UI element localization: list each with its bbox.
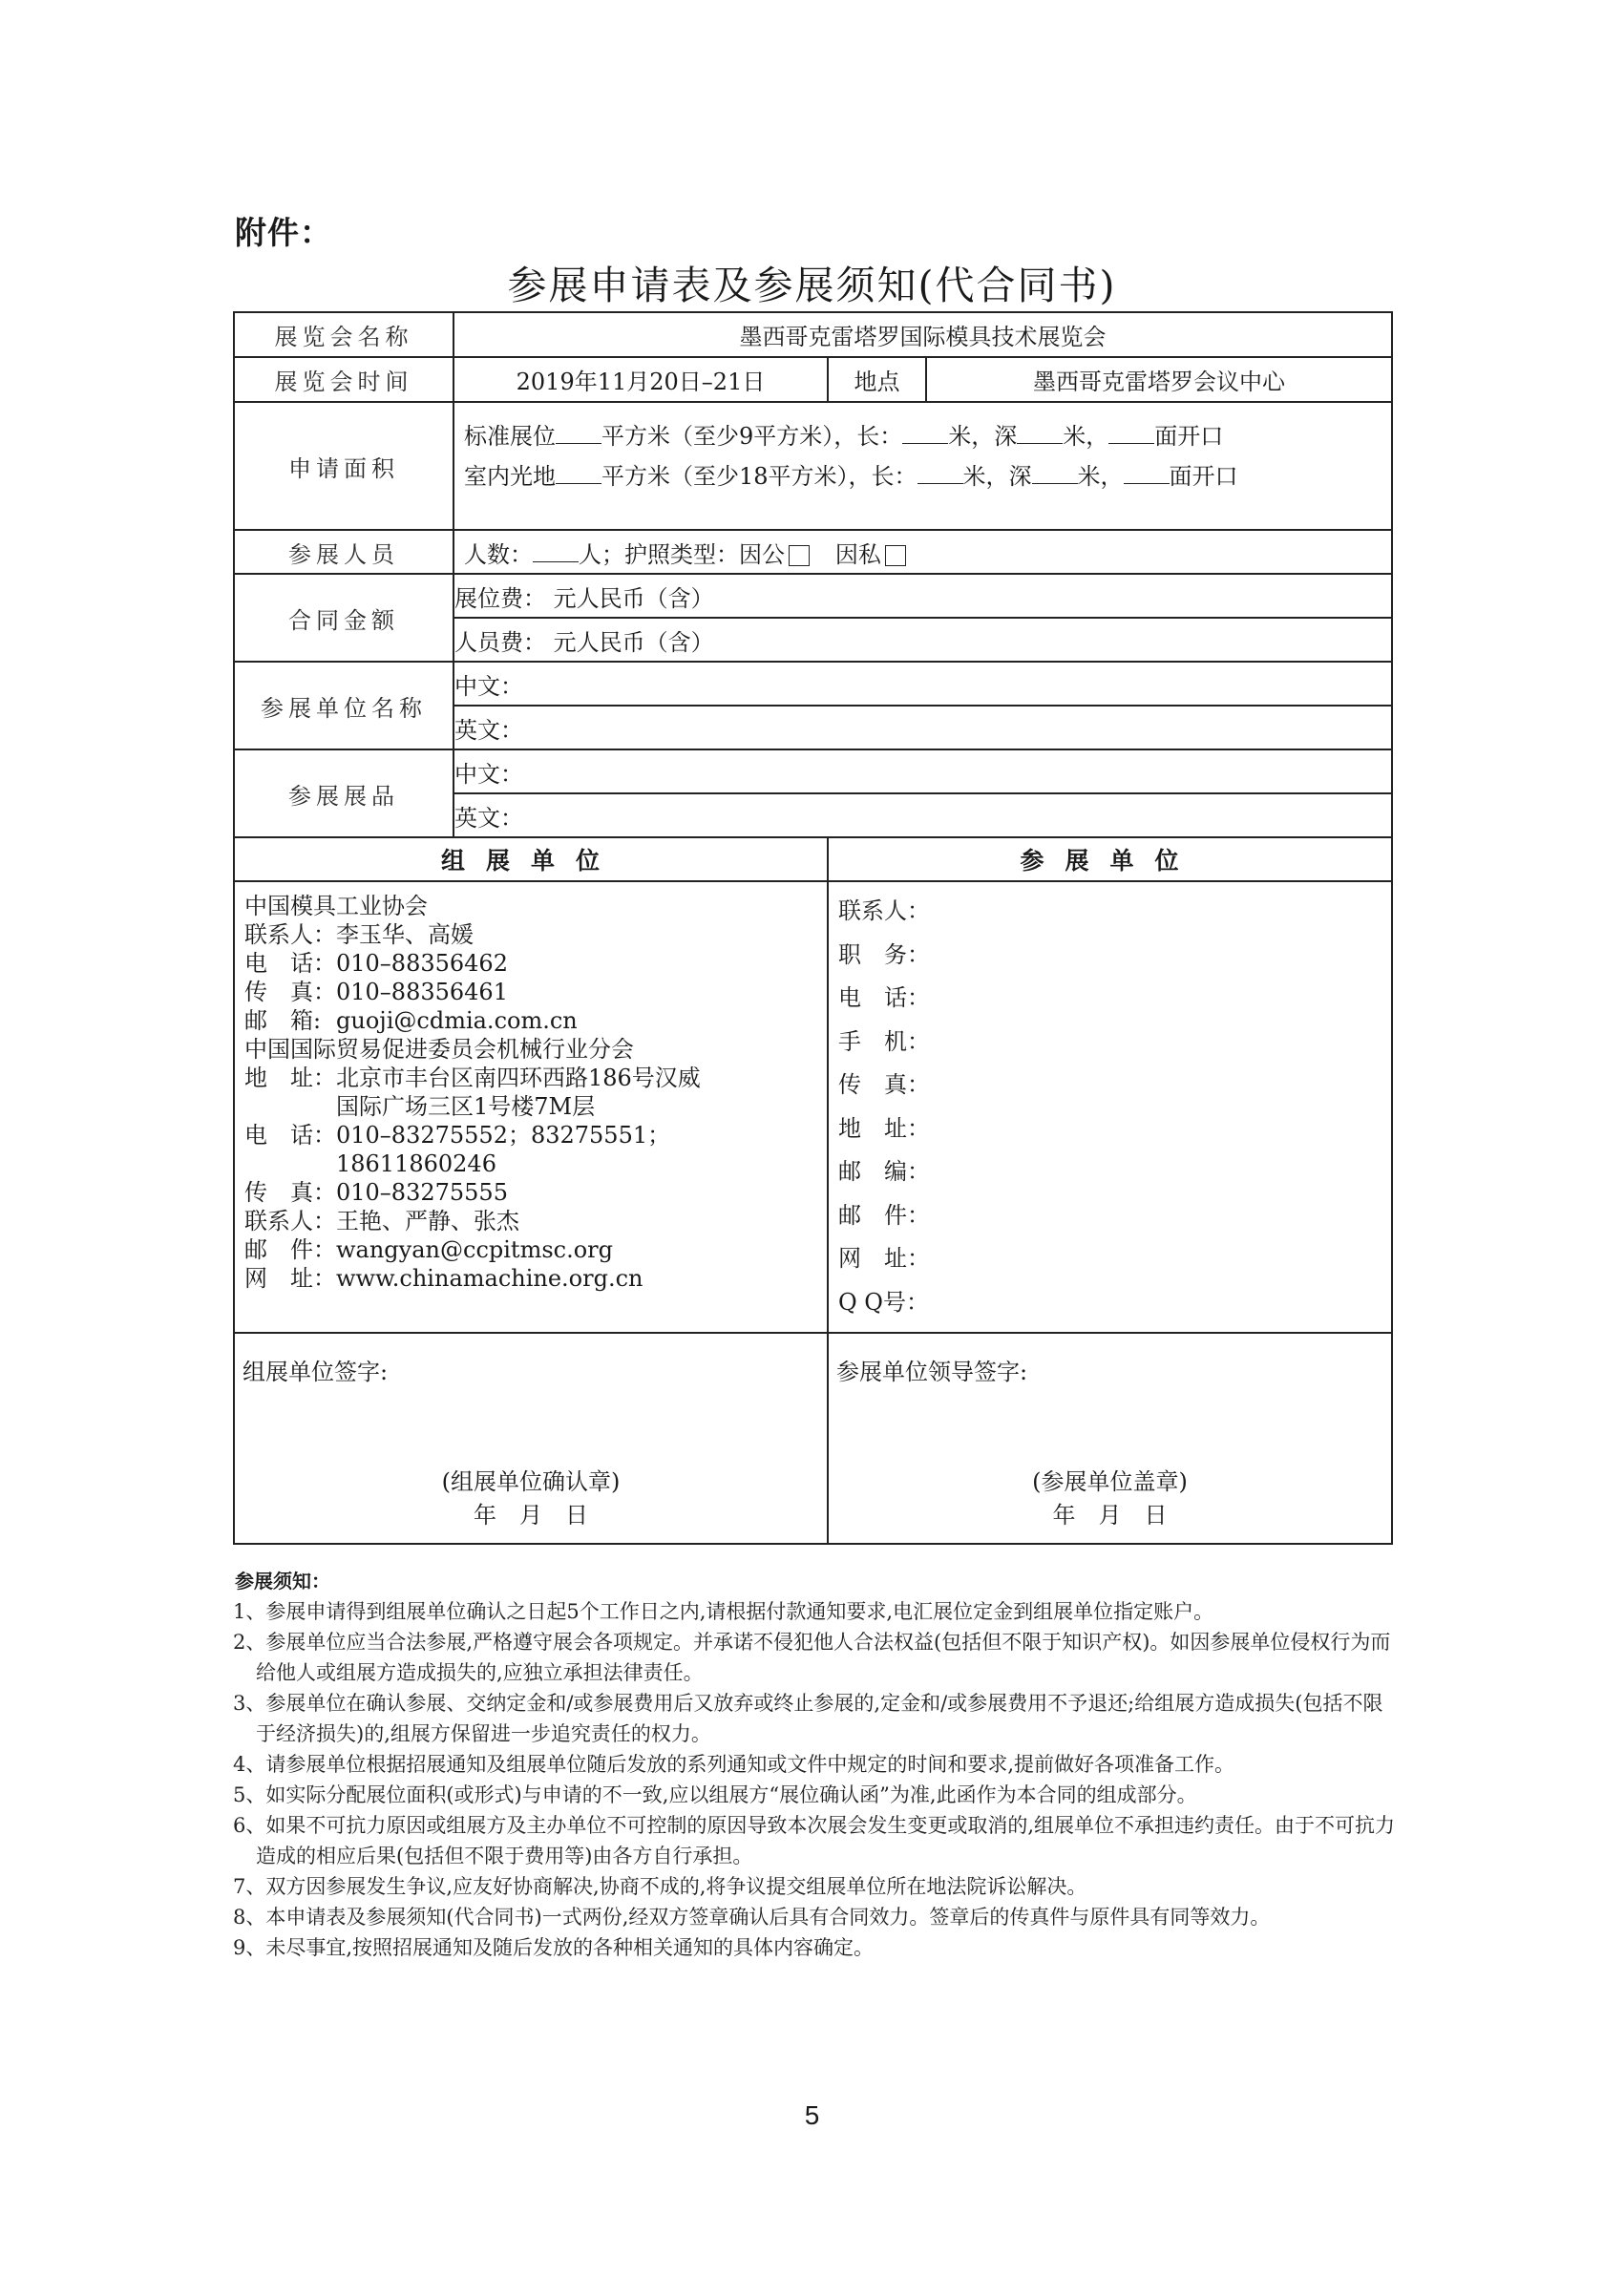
row-party-headers: 组展单位 参展单位 (234, 837, 1392, 881)
organizer-line: 网 址：www.chinamachine.org.cn (244, 1264, 817, 1293)
staff-label: 参展人员 (234, 530, 453, 574)
exhibitor-name-en-field[interactable]: 英文： (453, 706, 1392, 749)
field-value: 北京市丰台区南四环西路186号汉威 (336, 1065, 701, 1091)
row-signatures: 组展单位签字: (组展单位确认章) 年 月 日 参展单位领导签字: (参展单位盖… (234, 1333, 1392, 1544)
exhibitor-field-mobile[interactable]: 手 机： (838, 1021, 1381, 1065)
field-value: 010–88356461 (336, 979, 508, 1005)
row-area: 申请面积 标准展位平方米（至少9平方米），长：米，深米，面开口 室内光地平方米（… (234, 402, 1392, 530)
raw-depth-input[interactable] (1032, 462, 1078, 484)
raw-space-name: 室内光地 (464, 463, 556, 490)
standard-depth-input[interactable] (1017, 422, 1063, 444)
standard-area-input[interactable] (556, 422, 601, 444)
notice-title: 参展须知： (235, 1566, 330, 1593)
attachment-label: 附件： (235, 208, 332, 253)
contract-amount-label: 合同金额 (234, 574, 453, 662)
raw-open-sides-unit: 面开口 (1170, 463, 1238, 490)
exhibitor-name-cn-field[interactable]: 中文： (453, 662, 1392, 706)
field-key: 传 真： (244, 978, 336, 1006)
notice-item: 4、请参展单位根据招展通知及组展单位随后发放的系列通知或文件中规定的时间和要求,… (233, 1749, 1398, 1780)
passport-official-label: 人；护照类型：因公 (579, 541, 785, 568)
page-number: 5 (0, 2100, 1624, 2131)
field-value: 010–88356462 (336, 950, 508, 977)
organizer-date-label: 年 月 日 (235, 1496, 827, 1529)
raw-depth-unit: 米， (1078, 463, 1124, 490)
organizer-signature-label: 组展单位签字: (243, 1353, 388, 1386)
notice-item: 6、如果不可抗力原因或组展方及主办单位不可控制的原因导致本次展会发生变更或取消的… (233, 1810, 1398, 1871)
field-value: 18611860246 (336, 1150, 496, 1177)
field-key: 地 址： (244, 1064, 336, 1092)
organizer-email-link[interactable]: guoji@cdmia.com.cn (336, 1007, 578, 1034)
notice-item: 9、未尽事宜,按照招展通知及随后发放的各种相关通知的具体内容确定。 (233, 1932, 1398, 1963)
row-exhibits-cn: 参展展品 中文： (234, 749, 1392, 793)
raw-space-line: 室内光地平方米（至少18平方米），长：米，深米，面开口 (454, 456, 1391, 496)
exhibition-name-label: 展览会名称 (234, 312, 453, 357)
notice-item: 7、双方因参展发生争议,应友好协商解决,协商不成的,将争议提交组展单位所在地法院… (233, 1871, 1398, 1902)
organizer-line: 国际广场三区1号楼7M层 (244, 1092, 817, 1121)
organizer-line: 联系人：王艳、严静、张杰 (244, 1207, 817, 1235)
organizer-signature-cell[interactable]: 组展单位签字: (组展单位确认章) 年 月 日 (234, 1333, 828, 1544)
organizer-line: 电 话：010–83275552；83275551； (244, 1121, 817, 1150)
field-value: 王艳、严静、张杰 (336, 1208, 519, 1234)
field-key: 传 真： (244, 1178, 336, 1207)
passport-private-checkbox[interactable] (885, 545, 906, 566)
exhibitor-stamp-label: (参展单位盖章) (829, 1463, 1391, 1496)
staff-fee-field[interactable]: 人员费： 元人民币（含） (453, 618, 1392, 662)
organizer-line: 传 真：010–83275555 (244, 1178, 817, 1207)
organizer-header: 组展单位 (234, 837, 828, 881)
exhibitor-field-website[interactable]: 网 址： (838, 1237, 1381, 1281)
field-key: 电 话： (244, 1121, 336, 1150)
organizer-line: 地 址：北京市丰台区南四环西路186号汉威 (244, 1064, 817, 1092)
row-exhibition-time: 展览会时间 2019年11月20日–21日 地点 墨西哥克雷塔罗会议中心 (234, 357, 1392, 402)
passport-official-checkbox[interactable] (789, 545, 810, 566)
exhibitor-name-label: 参展单位名称 (234, 662, 453, 749)
exhibitor-field-contact[interactable]: 联系人： (838, 890, 1381, 934)
field-value: 010–83275555 (336, 1179, 508, 1206)
exhibition-time-label: 展览会时间 (234, 357, 453, 402)
exhibition-time-value: 2019年11月20日–21日 (453, 357, 828, 402)
notice-list: 1、参展申请得到组展单位确认之日起5个工作日之内,请根据付款通知要求,电汇展位定… (233, 1596, 1398, 1963)
notice-item: 8、本申请表及参展须知(代合同书)一式两份,经双方签章确认后具有合同效力。签章后… (233, 1902, 1398, 1932)
row-contract-booth-fee: 合同金额 展位费： 元人民币（含） (234, 574, 1392, 618)
exhibitor-field-qq[interactable]: Q Q号： (838, 1281, 1381, 1325)
exhibitor-signature-label: 参展单位领导签字: (836, 1353, 1027, 1386)
standard-open-sides-input[interactable] (1108, 422, 1154, 444)
field-key: 邮 件： (244, 1235, 336, 1264)
exhibitor-field-postcode[interactable]: 邮 编： (838, 1150, 1381, 1194)
raw-open-sides-input[interactable] (1124, 462, 1170, 484)
raw-length-input[interactable] (917, 462, 963, 484)
standard-area-unit: 平方米（至少9平方米），长： (601, 423, 902, 450)
organizer-line: 18611860246 (244, 1150, 817, 1178)
organizer-email-link[interactable]: wangyan@ccpitmsc.org (336, 1236, 613, 1263)
raw-area-input[interactable] (556, 462, 601, 484)
exhibitor-field-email[interactable]: 邮 件： (838, 1194, 1381, 1238)
organizer-name: 中国国际贸易促进委员会机械行业分会 (244, 1036, 634, 1063)
row-staff: 参展人员 人数：人；护照类型：因公 因私 (234, 530, 1392, 574)
booth-fee-field[interactable]: 展位费： 元人民币（含） (453, 574, 1392, 618)
organizer-stamp-label: (组展单位确认章) (235, 1463, 827, 1496)
organizer-line: 中国模具工业协会 (244, 892, 817, 920)
notice-item: 5、如实际分配展位面积(或形式)与申请的不一致,应以组展方“展位确认函”为准,此… (233, 1780, 1398, 1810)
raw-length-unit: 米，深 (963, 463, 1032, 490)
exhibitor-field-fax[interactable]: 传 真： (838, 1064, 1381, 1107)
exhibitor-date-label: 年 月 日 (829, 1496, 1391, 1529)
field-value: 李玉华、高媛 (336, 921, 474, 948)
standard-booth-name: 标准展位 (464, 423, 556, 450)
standard-length-input[interactable] (902, 422, 948, 444)
standard-length-unit: 米，深 (948, 423, 1017, 450)
exhibits-en-field[interactable]: 英文： (453, 793, 1392, 837)
location-value: 墨西哥克雷塔罗会议中心 (926, 357, 1392, 402)
field-key: 电 话： (244, 949, 336, 978)
organizer-line: 联系人：李玉华、高媛 (244, 920, 817, 949)
raw-area-unit: 平方米（至少18平方米），长： (601, 463, 917, 490)
notice-item: 2、参展单位应当合法参展,严格遵守展会各项规定。并承诺不侵犯他人合法权益(包括但… (233, 1627, 1398, 1688)
organizer-line: 电 话：010–88356462 (244, 949, 817, 978)
exhibition-name-value: 墨西哥克雷塔罗国际模具技术展览会 (453, 312, 1392, 357)
field-value: 010–83275552；83275551； (336, 1122, 670, 1149)
field-value: 国际广场三区1号楼7M层 (336, 1093, 595, 1120)
application-form-table: 展览会名称 墨西哥克雷塔罗国际模具技术展览会 展览会时间 2019年11月20日… (233, 311, 1393, 1545)
field-key: 邮 箱: (244, 1006, 336, 1035)
exhibitor-signature-cell[interactable]: 参展单位领导签字: (参展单位盖章) 年 月 日 (828, 1333, 1392, 1544)
notice-item: 1、参展申请得到组展单位确认之日起5个工作日之内,请根据付款通知要求,电汇展位定… (233, 1596, 1398, 1627)
area-fields: 标准展位平方米（至少9平方米），长：米，深米，面开口 室内光地平方米（至少18平… (453, 402, 1392, 530)
standard-booth-line: 标准展位平方米（至少9平方米），长：米，深米，面开口 (454, 416, 1391, 456)
organizer-website-link[interactable]: www.chinamachine.org.cn (336, 1265, 643, 1292)
area-label: 申请面积 (234, 402, 453, 530)
organizer-contact-block: 中国模具工业协会 联系人：李玉华、高媛 电 话：010–88356462 传 真… (234, 881, 828, 1333)
staff-fields: 人数：人；护照类型：因公 因私 (453, 530, 1392, 574)
row-exhibitor-name-cn: 参展单位名称 中文： (234, 662, 1392, 706)
standard-open-sides-unit: 面开口 (1154, 423, 1223, 450)
organizer-line: 邮 箱:guoji@cdmia.com.cn (244, 1006, 817, 1035)
notice-item: 3、参展单位在确认参展、交纳定金和/或参展费用后又放弃或终止参展的,定金和/或参… (233, 1688, 1398, 1749)
organizer-line: 传 真：010–88356461 (244, 978, 817, 1006)
exhibitor-contact-block: 联系人： 职 务： 电 话： 手 机： 传 真： 地 址： 邮 编： 邮 件： … (828, 881, 1392, 1333)
field-key: 联系人： (244, 920, 336, 949)
staff-count-input[interactable] (533, 540, 579, 562)
field-key: 网 址： (244, 1264, 336, 1293)
exhibitor-field-title[interactable]: 职 务： (838, 934, 1381, 978)
exhibitor-field-phone[interactable]: 电 话： (838, 977, 1381, 1021)
organizer-name: 中国模具工业协会 (244, 893, 428, 919)
exhibitor-field-address[interactable]: 地 址： (838, 1107, 1381, 1151)
row-exhibition-name: 展览会名称 墨西哥克雷塔罗国际模具技术展览会 (234, 312, 1392, 357)
exhibits-label: 参展展品 (234, 749, 453, 837)
field-key: 联系人： (244, 1207, 336, 1235)
exhibits-cn-field[interactable]: 中文： (453, 749, 1392, 793)
row-party-contacts: 中国模具工业协会 联系人：李玉华、高媛 电 话：010–88356462 传 真… (234, 881, 1392, 1333)
organizer-line: 邮 件：wangyan@ccpitmsc.org (244, 1235, 817, 1264)
staff-count-label: 人数： (464, 541, 533, 568)
standard-depth-unit: 米， (1063, 423, 1108, 450)
document-title: 参展申请表及参展须知(代合同书) (233, 254, 1391, 310)
location-label: 地点 (828, 357, 926, 402)
exhibitor-header: 参展单位 (828, 837, 1392, 881)
organizer-line: 中国国际贸易促进委员会机械行业分会 (244, 1035, 817, 1064)
passport-private-label: 因私 (835, 541, 881, 568)
